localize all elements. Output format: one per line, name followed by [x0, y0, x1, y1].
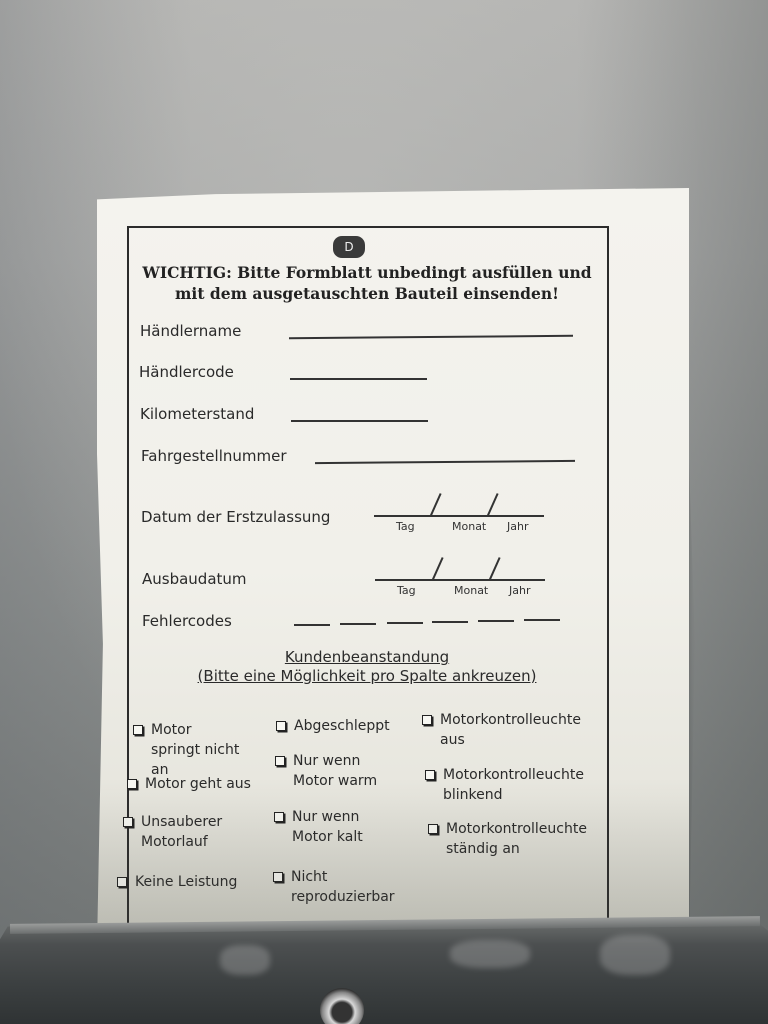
year-label: Jahr — [507, 520, 528, 533]
option-not-reproducible[interactable]: Nicht reproduzierbar — [273, 867, 398, 907]
mileage-field[interactable] — [291, 420, 428, 422]
date-line — [374, 515, 544, 517]
language-badge: D — [333, 236, 365, 258]
title-line-2: mit dem ausgetauschten Bauteil einsenden… — [137, 283, 597, 304]
mileage-label: Kilometerstand — [140, 405, 254, 423]
option-no-power[interactable]: Keine Leistung — [117, 872, 247, 892]
checkbox-icon[interactable] — [275, 756, 285, 766]
option-engine-wont-start[interactable]: Motor springt nicht an — [133, 720, 243, 780]
option-only-when-cold[interactable]: Nur wenn Motor kalt — [274, 807, 399, 847]
dealer-code-field[interactable] — [290, 378, 427, 380]
date-line — [375, 579, 545, 581]
option-only-when-warm[interactable]: Nur wenn Motor warm — [275, 751, 400, 791]
checkbox-icon[interactable] — [425, 770, 435, 780]
checkbox-icon[interactable] — [127, 779, 137, 789]
title-line-1: WICHTIG: Bitte Formblatt unbedingt ausfü… — [137, 262, 597, 283]
tray-reflection — [220, 945, 270, 975]
complaint-instruction: (Bitte eine Möglichkeit pro Spalte ankre… — [177, 667, 557, 685]
dealer-name-label: Händlername — [140, 322, 241, 340]
checkbox-icon[interactable] — [428, 824, 438, 834]
dealer-code-label: Händlercode — [139, 363, 234, 381]
form-title: WICHTIG: Bitte Formblatt unbedingt ausfü… — [137, 262, 597, 304]
day-label: Tag — [396, 520, 415, 533]
option-mil-blinking[interactable]: Motorkontrolleuchte blinkend — [425, 765, 575, 805]
error-code-slot[interactable] — [524, 619, 560, 621]
option-mil-always-on[interactable]: Motorkontrolleuchte ständig an — [428, 819, 578, 859]
checkbox-icon[interactable] — [422, 715, 432, 725]
first-registration-label: Datum der Erstzulassung — [141, 508, 330, 526]
error-code-slot[interactable] — [478, 620, 514, 622]
removal-date-label: Ausbaudatum — [142, 570, 247, 588]
option-rough-running[interactable]: Unsauberer Motorlauf — [123, 812, 233, 852]
tray-reflection — [600, 935, 670, 975]
tray-screw-icon — [320, 988, 364, 1024]
checkbox-icon[interactable] — [117, 877, 127, 887]
month-label: Monat — [454, 584, 488, 597]
vin-label: Fahrgestellnummer — [141, 447, 287, 465]
error-code-slot[interactable] — [387, 622, 423, 624]
year-label: Jahr — [509, 584, 530, 597]
month-label: Monat — [452, 520, 486, 533]
checkbox-icon[interactable] — [273, 872, 283, 882]
checkbox-icon[interactable] — [123, 817, 133, 827]
error-code-slot[interactable] — [294, 624, 330, 626]
option-engine-stalls[interactable]: Motor geht aus — [127, 774, 257, 794]
error-codes-label: Fehlercodes — [142, 612, 232, 630]
option-towed[interactable]: Abgeschleppt — [276, 716, 406, 736]
checkbox-icon[interactable] — [133, 725, 143, 735]
error-code-slot[interactable] — [340, 623, 376, 625]
tray-reflection — [450, 940, 530, 968]
day-label: Tag — [397, 584, 416, 597]
checkbox-icon[interactable] — [274, 812, 284, 822]
complaint-heading: Kundenbeanstandung — [177, 648, 557, 666]
checkbox-icon[interactable] — [276, 721, 286, 731]
form-sheet: D WICHTIG: Bitte Formblatt unbedingt aus… — [97, 188, 689, 948]
option-mil-off[interactable]: Motorkontrolleuchte aus — [422, 710, 572, 750]
error-code-slot[interactable] — [432, 621, 468, 623]
